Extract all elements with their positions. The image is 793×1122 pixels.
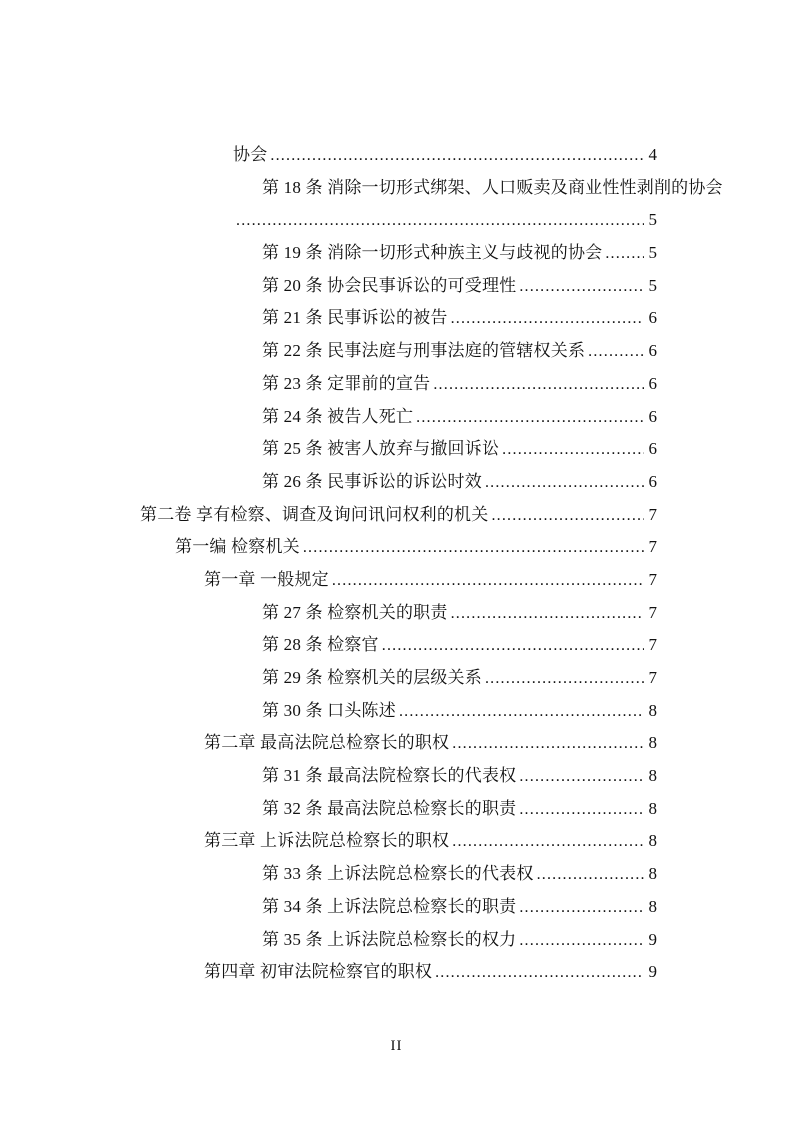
toc-page-number: 8 (649, 760, 658, 793)
toc-entry: 第 31 条 最高法院检察长的代表权 8 (140, 760, 657, 793)
toc-page-number: 6 (649, 368, 658, 401)
toc-entry-text: 第 22 条 民事法庭与刑事法庭的管辖权关系 (262, 335, 585, 368)
toc-list: 协会 4 第 18 条 消除一切形式绑架、人口贩卖及商业性性剥削的协会 5 第 … (140, 139, 657, 989)
toc-leader-dots (452, 825, 643, 859)
footer-page-number: II (391, 1038, 403, 1054)
toc-leader-dots (451, 302, 644, 336)
toc-leader-dots (270, 139, 643, 173)
toc-entry: 第三章 上诉法院总检察长的职权 8 (140, 825, 657, 858)
toc-entry-text: 第四章 初审法院检察官的职权 (204, 956, 432, 989)
toc-leader-dots (519, 793, 643, 827)
toc-leader-dots (491, 499, 643, 533)
toc-entry-text: 第 18 条 消除一切形式绑架、人口贩卖及商业性性剥削的协会 (262, 172, 723, 205)
toc-leader-dots (416, 401, 643, 435)
toc-leader-dots (537, 858, 644, 892)
toc-entry-text: 第 26 条 民事诉讼的诉讼时效 (262, 466, 482, 499)
toc-leader-dots (502, 433, 643, 467)
toc-page-number: 8 (649, 695, 658, 728)
toc-entry: 第 22 条 民事法庭与刑事法庭的管辖权关系 6 (140, 335, 657, 368)
toc-leader-dots (382, 629, 644, 663)
toc-entry: 第 27 条 检察机关的职责 7 (140, 597, 657, 630)
toc-page-number: 5 (649, 270, 658, 303)
toc-page-number: 8 (649, 891, 658, 924)
toc-entry-text: 第 28 条 检察官 (262, 629, 379, 662)
toc-entry: 第 29 条 检察机关的层级关系 7 (140, 662, 657, 695)
toc-entry-text: 第一章 一般规定 (204, 564, 329, 597)
toc-entry: 第 32 条 最高法院总检察长的职责 8 (140, 793, 657, 826)
toc-leader-dots (332, 564, 644, 598)
toc-leader-dots (519, 270, 643, 304)
toc-entry-text: 第二卷 享有检察、调查及询问讯问权利的机关 (140, 499, 488, 532)
toc-entry: 第 21 条 民事诉讼的被告 6 (140, 302, 657, 335)
toc-page-number: 6 (649, 466, 658, 499)
toc-entry: 第一编 检察机关 7 (140, 531, 657, 564)
toc-entry-text: 第 27 条 检察机关的职责 (262, 597, 448, 630)
toc-leader-dots (519, 924, 643, 958)
toc-entry-text: 第 23 条 定罪前的宣告 (262, 368, 430, 401)
toc-leader-dots (435, 956, 643, 990)
toc-entry: 协会 4 (140, 139, 657, 172)
toc-entry: 第 26 条 民事诉讼的诉讼时效 6 (140, 466, 657, 499)
toc-page-number: 6 (649, 401, 658, 434)
toc-leader-dots (452, 727, 643, 761)
toc-leader-dots (588, 335, 643, 369)
toc-entry-text: 第 24 条 被告人死亡 (262, 401, 413, 434)
toc-leader-dots (605, 237, 643, 271)
toc-entry: 第 28 条 检察官 7 (140, 629, 657, 662)
toc-page-number: 8 (649, 858, 658, 891)
toc-entry: 第 24 条 被告人死亡 6 (140, 401, 657, 434)
toc-page-number: 5 (649, 237, 658, 270)
toc-entry: 第二卷 享有检察、调查及询问讯问权利的机关 7 (140, 499, 657, 532)
toc-entry-text: 第二章 最高法院总检察长的职权 (204, 727, 449, 760)
toc-page-number: 8 (649, 793, 658, 826)
toc-entry: 5 (140, 204, 657, 237)
toc-leader-dots (399, 695, 644, 729)
toc-entry-text: 第 20 条 协会民事诉讼的可受理性 (262, 270, 516, 303)
toc-entry: 第 20 条 协会民事诉讼的可受理性 5 (140, 270, 657, 303)
toc-entry: 第二章 最高法院总检察长的职权 8 (140, 727, 657, 760)
toc-page-number: 8 (649, 727, 658, 760)
toc-entry: 第 34 条 上诉法院总检察长的职责 8 (140, 891, 657, 924)
toc-page-number: 4 (649, 139, 658, 172)
toc-entry-text: 第 31 条 最高法院检察长的代表权 (262, 760, 516, 793)
toc-page-number: 7 (649, 662, 658, 695)
toc-entry-text: 第 29 条 检察机关的层级关系 (262, 662, 482, 695)
toc-page-number: 7 (649, 564, 658, 597)
toc-entry-text: 第 35 条 上诉法院总检察长的权力 (262, 924, 516, 957)
toc-page-number: 7 (649, 597, 658, 630)
toc-entry-text: 第 19 条 消除一切形式种族主义与歧视的协会 (262, 237, 602, 270)
toc-page-number: 7 (649, 531, 658, 564)
toc-entry-text: 协会 (233, 139, 267, 172)
toc-entry-text: 第 21 条 民事诉讼的被告 (262, 302, 448, 335)
toc-entry: 第 18 条 消除一切形式绑架、人口贩卖及商业性性剥削的协会 (140, 172, 657, 205)
toc-leader-dots (303, 531, 644, 565)
toc-entry: 第一章 一般规定 7 (140, 564, 657, 597)
toc-leader-dots (519, 891, 643, 925)
toc-entry-text: 第一编 检察机关 (175, 531, 300, 564)
toc-entry: 第四章 初审法院检察官的职权 9 (140, 956, 657, 989)
toc-entry: 第 19 条 消除一切形式种族主义与歧视的协会 5 (140, 237, 657, 270)
toc-page-number: 8 (649, 825, 658, 858)
toc-entry: 第 30 条 口头陈述 8 (140, 695, 657, 728)
toc-page-number: 9 (649, 956, 658, 989)
toc-entry: 第 35 条 上诉法院总检察长的权力 9 (140, 924, 657, 957)
page-footer: II (0, 1038, 793, 1055)
toc-leader-dots (485, 662, 644, 696)
toc-entry-text: 第 30 条 口头陈述 (262, 695, 396, 728)
toc-entry: 第 23 条 定罪前的宣告 6 (140, 368, 657, 401)
toc-leader-dots (451, 597, 644, 631)
toc-entry: 第 25 条 被害人放弃与撤回诉讼 6 (140, 433, 657, 466)
toc-entry-text: 第三章 上诉法院总检察长的职权 (204, 825, 449, 858)
toc-page-number: 7 (649, 629, 658, 662)
toc-leader-dots (485, 466, 644, 500)
toc-page-number: 9 (649, 924, 658, 957)
toc-leader-dots (433, 368, 643, 402)
toc-entry-text: 第 34 条 上诉法院总检察长的职责 (262, 891, 516, 924)
toc-page-number: 6 (649, 335, 658, 368)
toc-entry-text: 第 32 条 最高法院总检察长的职责 (262, 793, 516, 826)
toc-leader-dots (519, 760, 643, 794)
document-page: 协会 4 第 18 条 消除一切形式绑架、人口贩卖及商业性性剥削的协会 5 第 … (0, 0, 793, 1122)
toc-entry-text: 第 33 条 上诉法院总检察长的代表权 (262, 858, 534, 891)
toc-page-number: 6 (649, 433, 658, 466)
toc-page-number: 5 (649, 204, 658, 237)
toc-entry: 第 33 条 上诉法院总检察长的代表权 8 (140, 858, 657, 891)
toc-page-number: 6 (649, 302, 658, 335)
toc-leader-dots (236, 204, 644, 238)
toc-page-number: 7 (649, 499, 658, 532)
toc-entry-text: 第 25 条 被害人放弃与撤回诉讼 (262, 433, 499, 466)
